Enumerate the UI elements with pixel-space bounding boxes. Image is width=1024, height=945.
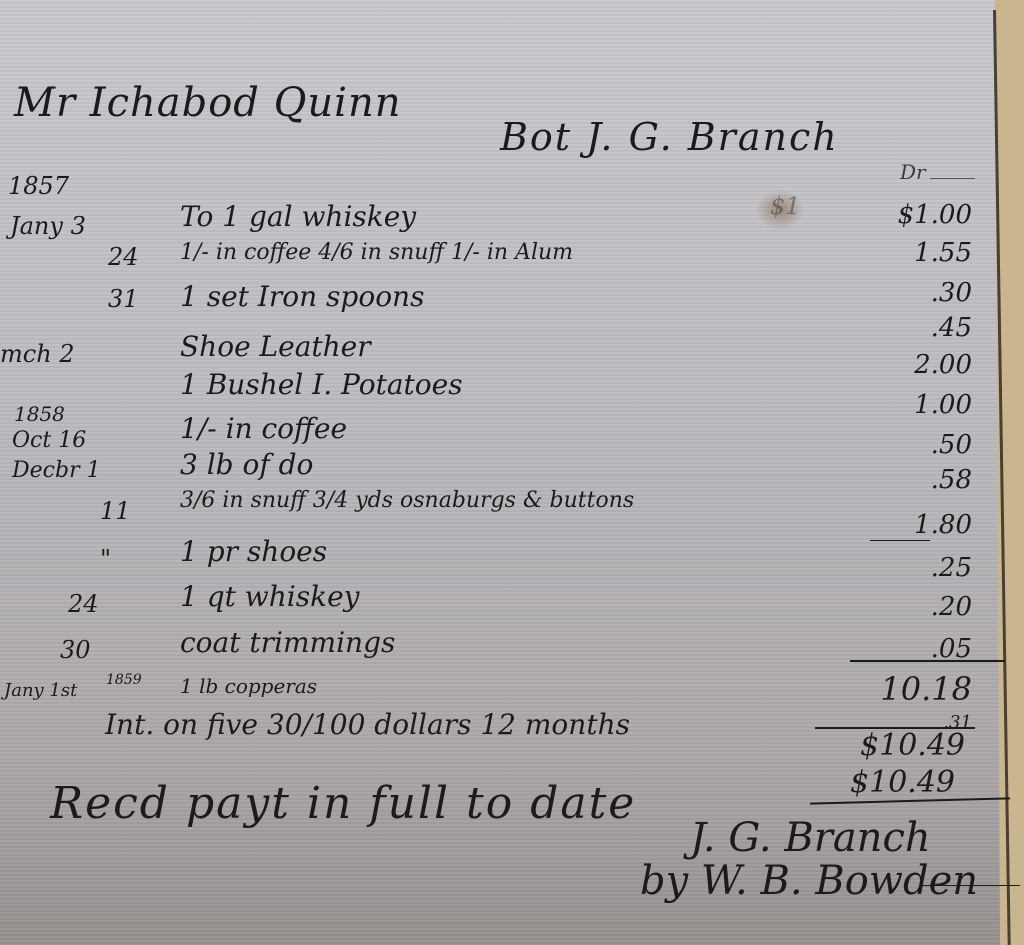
amount-underline xyxy=(870,540,930,541)
entry-description: 1 qt whiskey xyxy=(180,580,359,613)
total-amount: $10.49 xyxy=(825,728,965,763)
entry-description: 1 set Iron spoons xyxy=(180,280,424,313)
entry-date: Oct 16 xyxy=(12,428,86,453)
entry-amount: .45 xyxy=(862,313,972,343)
entry-amount: 1.00 xyxy=(862,390,972,420)
entry-amount: 1.55 xyxy=(862,238,972,268)
receipt-statement: Recd payt in full to date xyxy=(50,778,636,829)
entry-date: 31 xyxy=(108,285,139,313)
entry-amount: .30 xyxy=(862,278,972,308)
subtotal-rule xyxy=(850,660,1005,662)
entry-amount: .58 xyxy=(862,465,972,495)
interest-description: Int. on five 30/100 dollars 12 months xyxy=(105,708,630,741)
dr-underline xyxy=(930,178,975,179)
entry-description: 1 Bushel I. Potatoes xyxy=(180,368,463,401)
entry-description: To 1 gal whiskey xyxy=(180,200,416,233)
entry-description: 3/6 in snuff 3/4 yds osnaburgs & buttons xyxy=(180,488,634,513)
entry-amount: 2.00 xyxy=(862,350,972,380)
signature-line-1: J. G. Branch xyxy=(690,815,931,861)
entry-date: 30 xyxy=(60,636,91,664)
entry-year: 1859 xyxy=(106,672,142,688)
entry-description: Shoe Leather xyxy=(180,330,371,363)
entry-date: Jany 1st xyxy=(4,680,77,701)
total-repeat-amount: $10.49 xyxy=(815,765,955,800)
debit-column-label: Dr xyxy=(900,160,926,184)
entry-description: 3 lb of do xyxy=(180,448,313,481)
entry-amount: 1.80 xyxy=(862,510,972,540)
entry-amount: .25 xyxy=(862,553,972,583)
stain-mark: $1 xyxy=(770,192,801,220)
entry-amount: .50 xyxy=(862,430,972,460)
entry-date: Jany 3 xyxy=(10,212,86,240)
entry-year: 1857 xyxy=(8,172,69,200)
vendor-line: Bot J. G. Branch xyxy=(500,115,839,159)
entry-year: 1858 xyxy=(14,402,65,426)
entry-date: " xyxy=(100,545,111,573)
entry-description: 1/- in coffee xyxy=(180,412,347,445)
customer-name: Mr Ichabod Quinn xyxy=(14,80,401,126)
signature-line-2: by W. B. Bowden xyxy=(640,858,978,904)
entry-amount: $1.00 xyxy=(862,200,972,230)
entry-description: 1 lb copperas xyxy=(180,674,317,698)
entry-date: Decbr 1 xyxy=(12,458,101,483)
subtotal-amount: 10.18 xyxy=(862,670,972,708)
entry-description: coat trimmings xyxy=(180,626,395,659)
entry-description: 1 pr shoes xyxy=(180,535,327,568)
signature-flourish xyxy=(920,885,1020,886)
entry-date: 11 xyxy=(100,497,131,525)
entry-date: 24 xyxy=(68,590,99,618)
entry-amount: .20 xyxy=(862,592,972,622)
entry-date: mch 2 xyxy=(0,340,75,368)
entry-date: 24 xyxy=(108,243,139,271)
entry-description: 1/- in coffee 4/6 in snuff 1/- in Alum xyxy=(180,240,573,265)
